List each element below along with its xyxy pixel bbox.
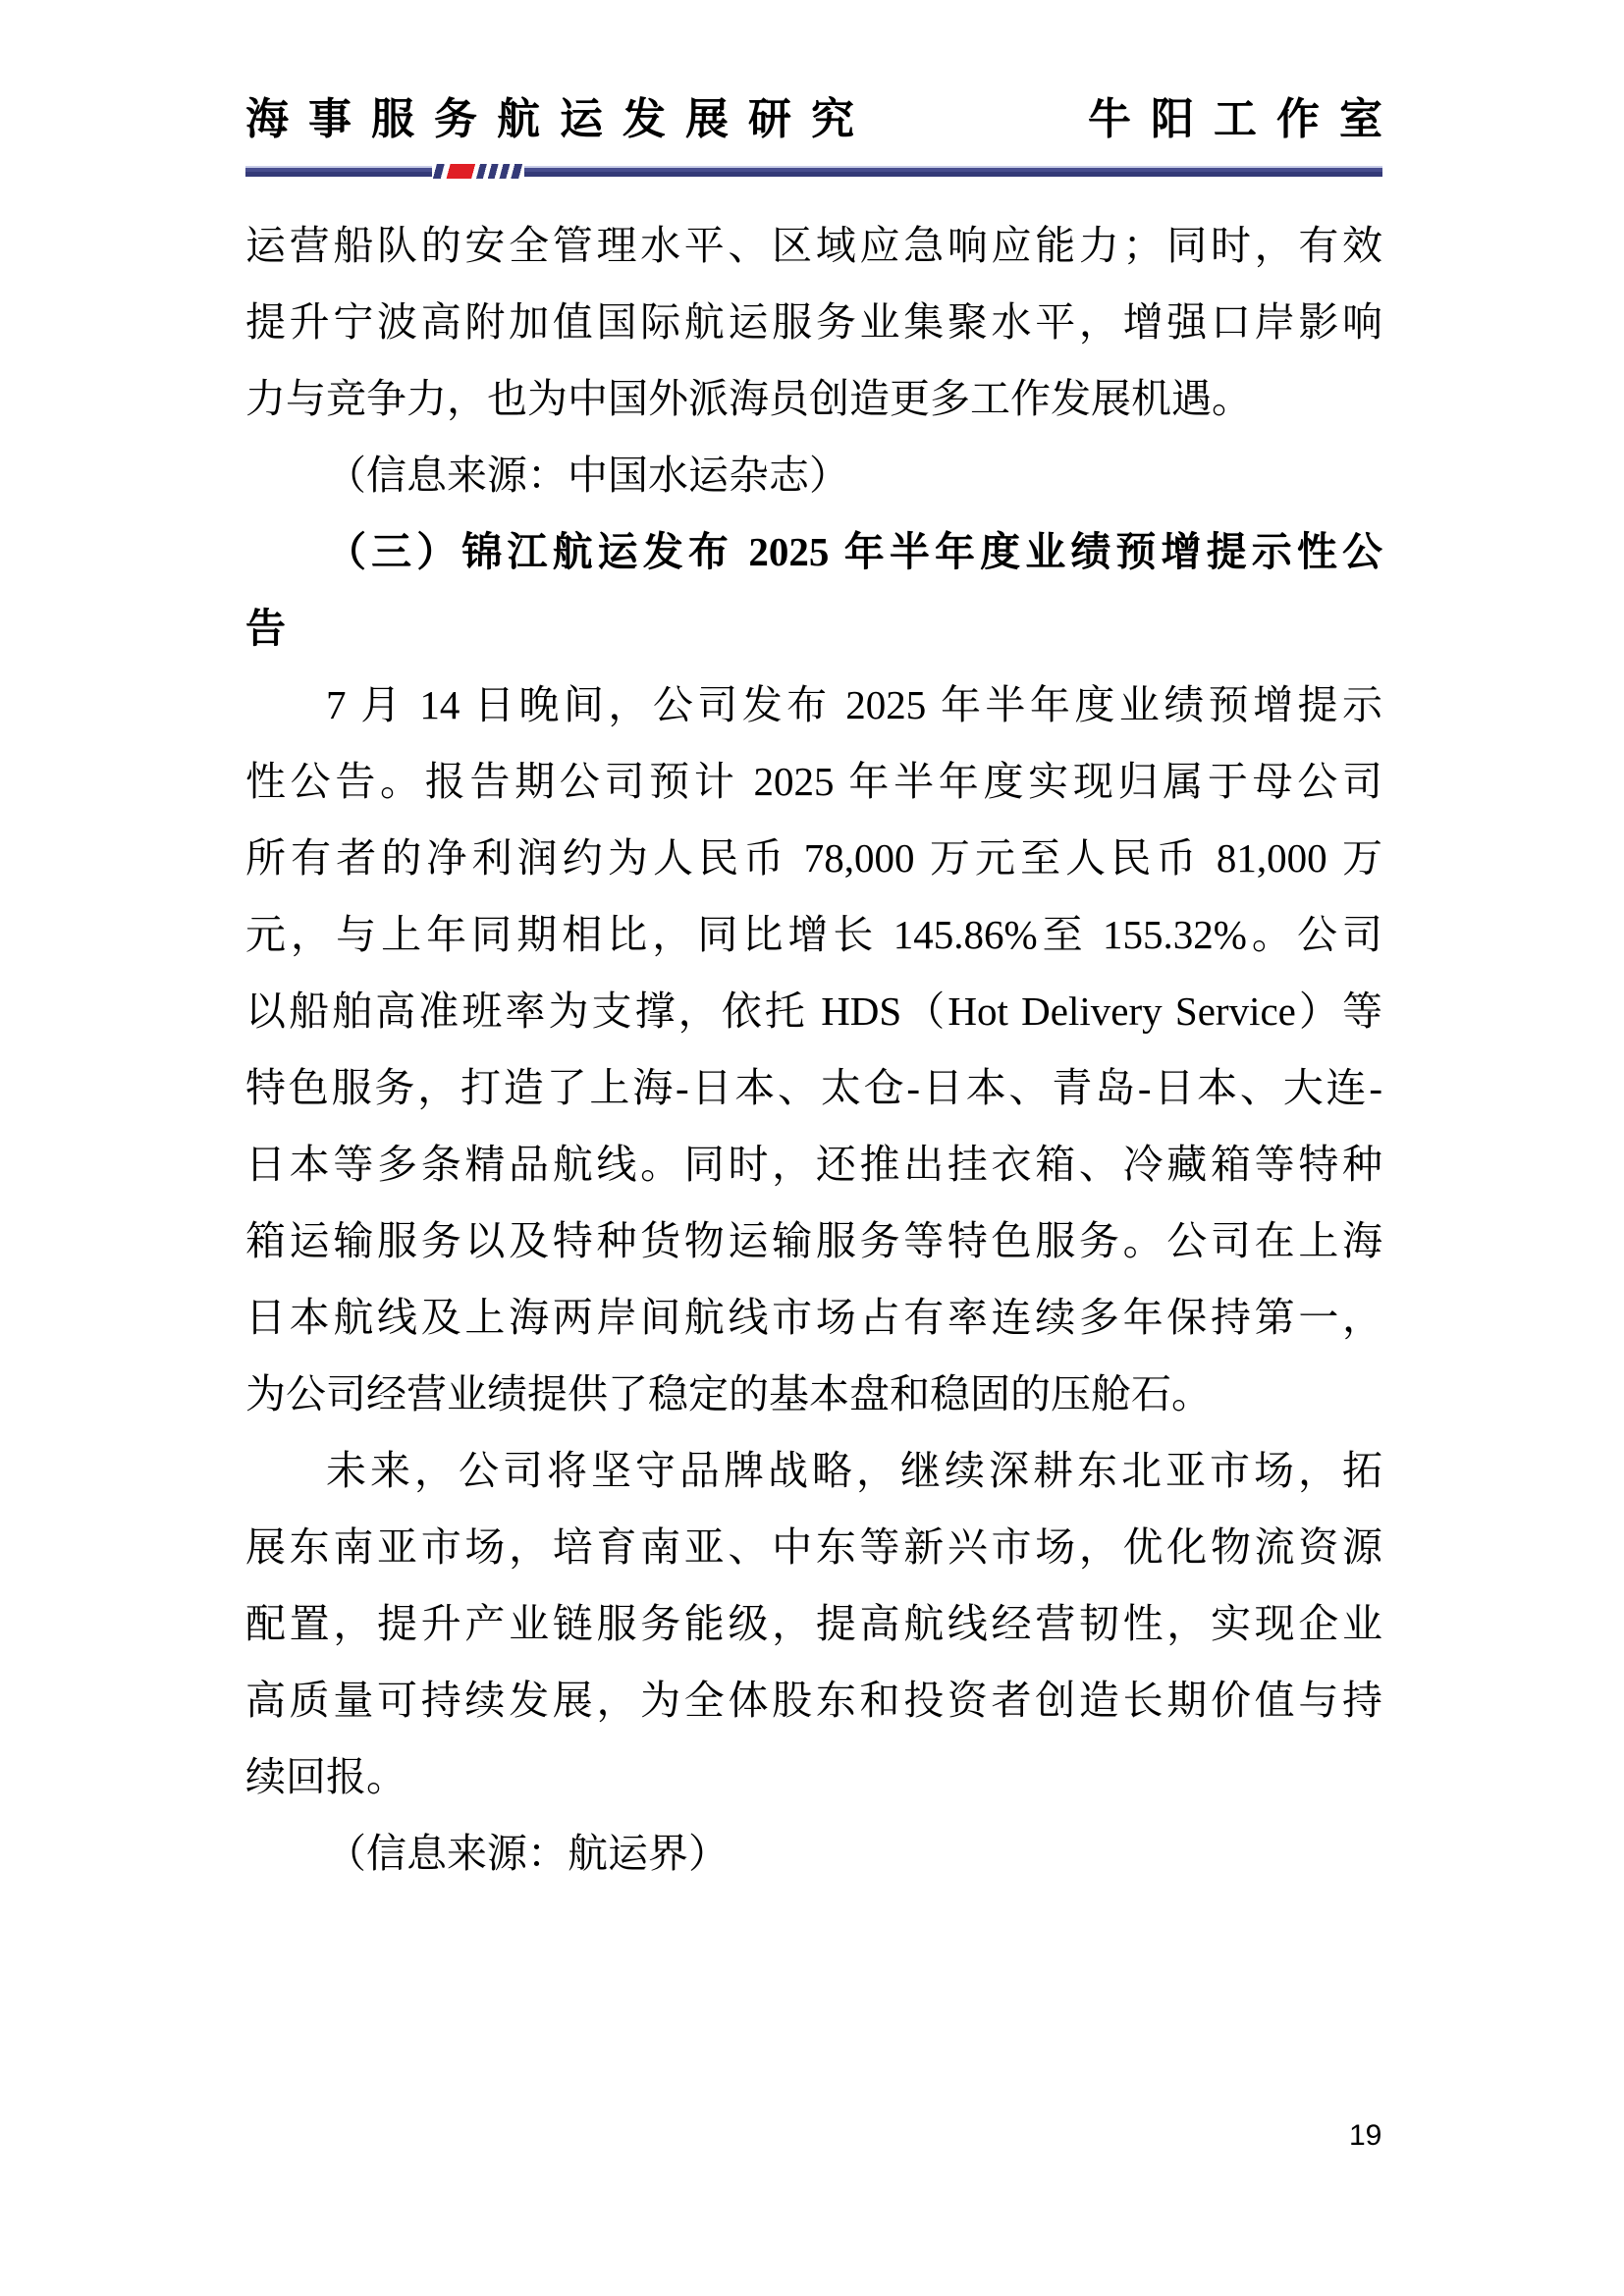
header-rule: [245, 166, 1382, 177]
page-header: 海事服务航运发展研究 牛阳工作室: [245, 94, 1382, 145]
body-line: 性公告。报告期公司预计 2025 年半年度实现归属于母公司: [245, 743, 1382, 820]
header-right-title: 牛阳工作室: [1088, 94, 1402, 145]
body-line: 续回报。: [245, 1738, 1382, 1815]
body-line: 7 月 14 日晚间，公司发布 2025 年半年度业绩预增提示: [245, 667, 1382, 743]
body-line: 日本航线及上海两岸间航线市场占有率连续多年保持第一，: [245, 1279, 1382, 1356]
body-line: 展东南亚市场，培育南亚、中东等新兴市场，优化物流资源: [245, 1509, 1382, 1585]
body-line: 特色服务，打造了上海-日本、太仓-日本、青岛-日本、大连-: [245, 1049, 1382, 1126]
section-heading-line: （三）锦江航运发布 2025 年半年度业绩预增提示性公: [245, 513, 1382, 590]
body-line: 以船舶高准班率为支撑，依托 HDS（Hot Delivery Service）等: [245, 973, 1382, 1049]
body-line: 高质量可持续发展，为全体股东和投资者创造长期价值与持: [245, 1662, 1382, 1738]
document-body: 运营船队的安全管理水平、区域应急响应能力；同时，有效 提升宁波高附加值国际航运服…: [245, 207, 1382, 1892]
body-line: 箱运输服务以及特种货物运输服务等特色服务。公司在上海: [245, 1202, 1382, 1279]
body-line: 为公司经营业绩提供了稳定的基本盘和稳固的压舱石。: [245, 1356, 1382, 1432]
header-rule-accent-stripes: [432, 164, 524, 179]
section-heading-line: 告: [245, 590, 1382, 667]
source-line: （信息来源：中国水运杂志）: [245, 437, 1382, 513]
body-line: 所有者的净利润约为人民币 78,000 万元至人民币 81,000 万: [245, 820, 1382, 896]
body-line: 日本等多条精品航线。同时，还推出挂衣箱、冷藏箱等特种: [245, 1126, 1382, 1202]
body-line: 提升宁波高附加值国际航运服务业集聚水平，增强口岸影响: [245, 284, 1382, 360]
body-line: 运营船队的安全管理水平、区域应急响应能力；同时，有效: [245, 207, 1382, 284]
body-line: 元，与上年同期相比，同比增长 145.86%至 155.32%。公司: [245, 896, 1382, 973]
body-line: 力与竞争力，也为中国外派海员创造更多工作发展机遇。: [245, 360, 1382, 437]
body-line: 未来，公司将坚守品牌战略，继续深耕东北亚市场，拓: [245, 1432, 1382, 1509]
source-line: （信息来源：航运界）: [245, 1815, 1382, 1892]
document-page: 海事服务航运发展研究 牛阳工作室 运营船队的安全管理水平、区域应急响应能力；同时…: [0, 0, 1624, 2296]
body-line: 配置，提升产业链服务能级，提高航线经营韧性，实现企业: [245, 1585, 1382, 1662]
page-number: 19: [1349, 2118, 1381, 2154]
header-left-title: 海事服务航运发展研究: [245, 94, 874, 145]
